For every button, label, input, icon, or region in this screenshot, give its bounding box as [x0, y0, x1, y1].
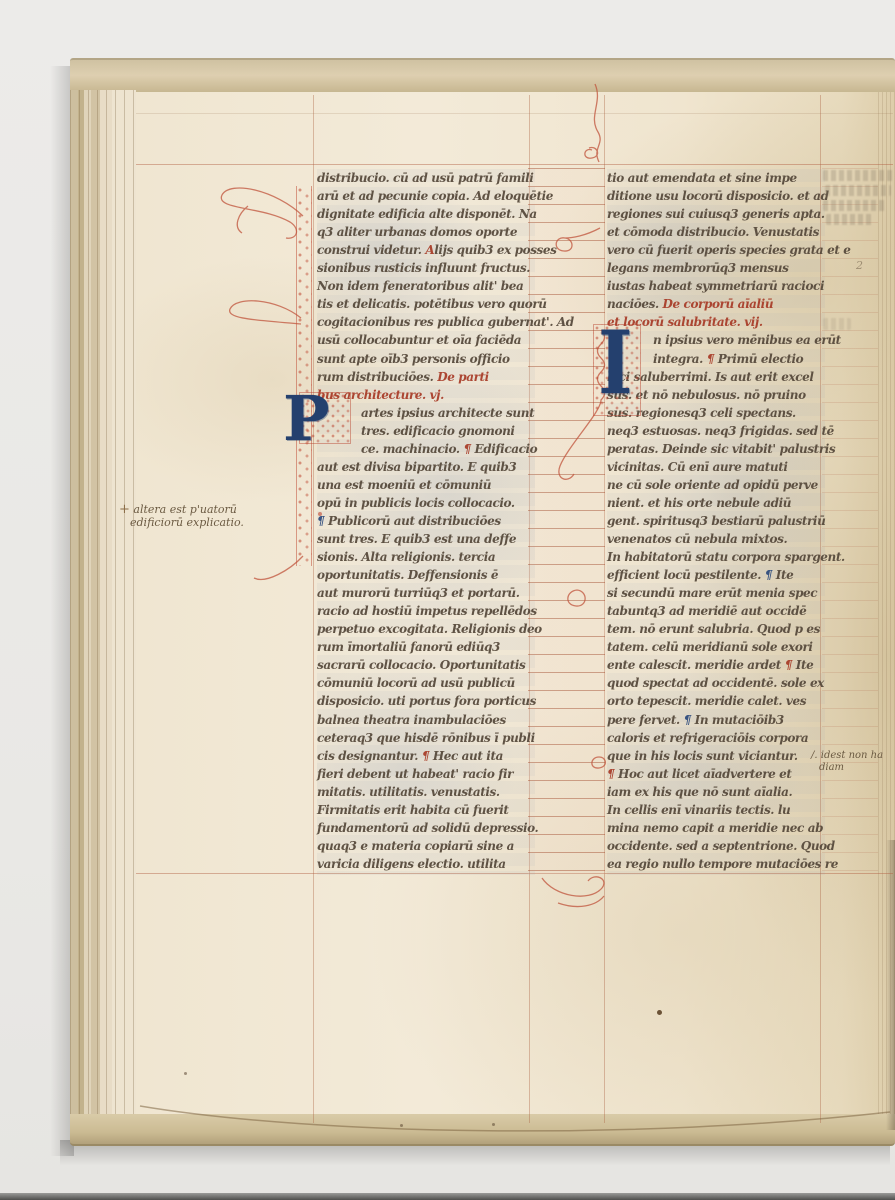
- margin-note-line: edificiorū explicatio.: [119, 516, 244, 529]
- manuscript-line: efficient locū pestilente. ¶ Ite: [607, 566, 793, 584]
- manuscript-line: perpetuo excogitata. Religionis deo: [317, 620, 542, 638]
- ruling-line-horizontal: [136, 113, 893, 114]
- margin-note-slash-mark: /.: [811, 750, 818, 761]
- manuscript-line: vicinitas. Cū enī aure matuti: [607, 458, 788, 476]
- red-ink-speck: [318, 512, 322, 516]
- manuscript-line: opū in publicis locis collocacio.: [317, 494, 515, 512]
- manuscript-line: varicia diligens electio. utilita: [317, 855, 506, 873]
- manuscript-line: oportunitatis. Deffensionis ē: [317, 566, 498, 584]
- ruling-line-vertical: [313, 95, 314, 1123]
- manuscript-line: sunt apte oīb3 personis officio: [317, 350, 510, 368]
- manuscript-line: vero cū fuerit operis species grata et e: [607, 241, 850, 259]
- manuscript-line: pere fervet. ¶ In mutaciōib3: [607, 711, 784, 729]
- parchment-speck: [400, 1124, 403, 1127]
- manuscript-line: tem. nō erunt salubria. Quod p es: [607, 620, 820, 638]
- manuscript-line: distribucio. cū ad usū patrū famili: [317, 169, 533, 187]
- manuscript-line: legans membrorūq3 mensus: [607, 259, 788, 277]
- manuscript-line: n ipsius vero mēnibus ea erūt: [607, 331, 841, 349]
- manuscript-line: quod spectat ad occidentē. sole ex: [607, 674, 824, 692]
- manuscript-line: Firmitatis erit habita cū fuerit: [317, 801, 509, 819]
- margin-note-right: /. idest non ha diam: [811, 750, 895, 774]
- manuscript-line: tio aut emendata et sine impe: [607, 169, 797, 187]
- manuscript-line: cogitacionibus res publica gubernat'. Ad: [317, 313, 574, 331]
- manuscript-line: tis et delicatis. potētibus vero quorū: [317, 295, 547, 313]
- book-binding-page-lines: [70, 90, 136, 1125]
- manuscript-line: sacrarū collocacio. Oportunitatis: [317, 656, 525, 674]
- margin-note-left: + altera est p'uatorū edificiorū explica…: [119, 503, 269, 529]
- manuscript-line: occidente. sed a septentrione. Quod: [607, 837, 835, 855]
- manuscript-line: ¶ Publicorū aut distribuciōes: [317, 512, 501, 530]
- book-bottom-edge: [70, 1114, 895, 1146]
- manuscript-line: rum distribuciōes. De parti: [317, 368, 489, 386]
- manuscript-line: iam ex his que nō sunt aīalia.: [607, 783, 792, 801]
- manuscript-line: sionis. Alta religionis. tercia: [317, 548, 495, 566]
- parchment-speck: [184, 1072, 187, 1075]
- manuscript-line: si secundū mare erūt menia spec: [607, 584, 817, 602]
- manuscript-line: racio ad hostiū impetus repellēdos: [317, 602, 537, 620]
- parchment-speck: [657, 1010, 662, 1015]
- photo-edge-strip: [0, 1193, 895, 1200]
- manuscript-line: que in his locis sunt viciantur.: [607, 747, 798, 765]
- decorated-initial-I: I: [598, 320, 633, 407]
- manuscript-line: rum īmortaliū fanorū ediūq3: [317, 638, 500, 656]
- margin-note-line: idest non ha: [821, 750, 883, 761]
- manuscript-line: naciōes. De corporū aīaliū: [607, 295, 773, 313]
- margin-note-line: altera est p'uatorū: [133, 503, 237, 516]
- manuscript-line: neq3 estuosas. neq3 frigidas. sed tē: [607, 422, 834, 440]
- manuscript-line: usū collocabuntur et oīa faciēda: [317, 331, 521, 349]
- manuscript-line: fundamentorū ad solidū depressio.: [317, 819, 538, 837]
- text-column-right: tio aut emendata et sine impeditione usu…: [607, 169, 825, 875]
- manuscript-line: cis designantur. ¶ Hec aut ita: [317, 747, 503, 765]
- manuscript-line: In habitatorū statu corpora spargent.: [607, 548, 845, 566]
- manuscript-line: nient. et his orte nebule adiū: [607, 494, 791, 512]
- bleed-through-smudge: [823, 170, 893, 181]
- ruling-line-horizontal: [136, 164, 893, 165]
- manuscript-line: ceteraq3 que hisdē rōnibus ī publi: [317, 729, 535, 747]
- margin-note-cross-mark: +: [119, 502, 130, 517]
- manuscript-line: venenatos cū nebula mixtos.: [607, 530, 787, 548]
- manuscript-line: disposicio. uti portus fora porticus: [317, 692, 536, 710]
- manuscript-line: et cōmoda distribucio. Venustatis: [607, 223, 819, 241]
- manuscript-line: dignitate edificia alte disponēt. Na: [317, 205, 537, 223]
- bleed-through-smudge: [823, 200, 885, 211]
- manuscript-line: tatem. celū meridianū sole exori: [607, 638, 813, 656]
- parchment-speck: [492, 1123, 495, 1126]
- manuscript-line: peratas. Deinde sic vitabit' palustris: [607, 440, 835, 458]
- manuscript-line: una est moeniū et cōmuniū: [317, 476, 491, 494]
- text-column-left: distribucio. cū ad usū patrū familiarū e…: [317, 169, 535, 875]
- manuscript-line: mina nemo capit a meridie nec ab: [607, 819, 823, 837]
- folio-mark: 2: [856, 259, 863, 272]
- manuscript-line: In cellis enī vinariis tectis. lu: [607, 801, 790, 819]
- margin-note-line: diam: [811, 762, 844, 773]
- manuscript-line: aut est divisa bipartito. E quib3: [317, 458, 516, 476]
- manuscript-line: cōmuniū locorū ad usū publicū: [317, 674, 515, 692]
- manuscript-line: ne cū sole oriente ad opidū perve: [607, 476, 818, 494]
- manuscript-line: sionibus rusticis influunt fructus.: [317, 259, 530, 277]
- manuscript-line: fieri debent ut habeat' racio fir: [317, 765, 513, 783]
- manuscript-line: ente calescit. meridie ardet ¶ Ite: [607, 656, 813, 674]
- book-top-edge: [70, 58, 895, 95]
- decorated-initial-P: P: [283, 388, 330, 450]
- manuscript-line: regiones sui cuiusq3 generis apta.: [607, 205, 825, 223]
- manuscript-line: orto tepescit. meridie calet. ves: [607, 692, 806, 710]
- red-penwork-border: [296, 186, 312, 566]
- manuscript-line: q3 aliter urbanas domos oporte: [317, 223, 517, 241]
- manuscript-line: construi videtur. Alijs quib3 ex posses: [317, 241, 557, 259]
- manuscript-line: mitatis. utilitatis. venustatis.: [317, 783, 500, 801]
- manuscript-line: ea regio nullo tempore mutaciōes re: [607, 855, 838, 873]
- manuscript-line: iustas habeat symmetriarū racioci: [607, 277, 824, 295]
- manuscript-line: quaq3 e materia copiarū sine a: [317, 837, 514, 855]
- manuscript-line: Non idem feneratoribus alit' bea: [317, 277, 523, 295]
- manuscript-line: aut murorū turriūq3 et portarū.: [317, 584, 520, 602]
- gutter-ruled-lines: [528, 168, 605, 874]
- manuscript-line: balnea theatra inambulaciōes: [317, 711, 506, 729]
- manuscript-line: arū et ad pecunie copia. Ad eloquētie: [317, 187, 553, 205]
- manuscript-line: sunt tres. E quib3 est una deffe: [317, 530, 516, 548]
- bleed-through-smudge: [825, 185, 891, 196]
- page-right-shading: [886, 840, 895, 1130]
- manuscript-line: ditione usu locorū disposicio. et ad: [607, 187, 829, 205]
- bleed-through-smudge: [823, 318, 851, 330]
- manuscript-line: ¶ Hoc aut licet aīadvertere et: [607, 765, 792, 783]
- bleed-through-smudge: [826, 214, 872, 225]
- manuscript-line: tabuntq3 ad meridiē aut occidē: [607, 602, 806, 620]
- manuscript-line: caloris et refrigeraciōis corpora: [607, 729, 808, 747]
- manuscript-line: gent. spiritusq3 bestiarū palustriū: [607, 512, 825, 530]
